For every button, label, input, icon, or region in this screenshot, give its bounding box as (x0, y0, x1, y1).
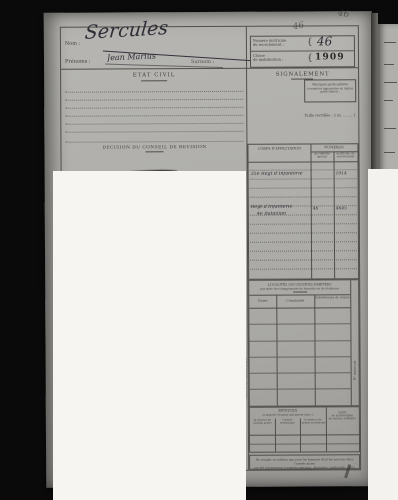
rule (250, 196, 357, 198)
classe-value: 1909 (315, 52, 345, 62)
matricule-value: 46 (317, 34, 332, 48)
rule (250, 259, 357, 261)
epoques-col-3: la réserve de l'armée territoriale (300, 419, 326, 425)
marie-line: Marié le (65, 133, 243, 143)
localites-header-rule (249, 307, 350, 309)
affectation-entry-corps: Régt d'Infanterie (251, 204, 310, 209)
etat-civil-rule (141, 80, 167, 81)
localites-rotated-label: N° matricule (352, 290, 358, 380)
etat-civil-title: ÉTAT CIVIL (61, 72, 247, 79)
print-fragment (384, 152, 395, 153)
masking-sheet-right (368, 169, 398, 500)
epoques-header-rule (250, 434, 359, 436)
epoques-vline-2 (300, 419, 301, 452)
scanned-register-photo: 46 Nom : Sercules Prénoms : Jean Marius … (0, 0, 398, 500)
numeros-sub1: au contrôle spécial (310, 152, 333, 162)
epoques-date-col: DATEde la libérationdu service militaire (326, 411, 359, 421)
pencil-corner-number: 46 (337, 9, 350, 20)
rule (250, 268, 357, 270)
signalement-row: Visage : ovale (250, 129, 303, 135)
epoques-vline-1 (275, 419, 276, 452)
taille-rectifiee-line: Taille rectifiée : 1 m. ........ 19.... (304, 113, 355, 120)
nom-label: Nom : (65, 41, 80, 47)
taille-line: Taille : 1 m. 66 c. (304, 105, 355, 112)
matricule-box: Numéro matriculedu recrutement : { 46 Cl… (250, 35, 355, 68)
rule (250, 223, 357, 225)
nom-value: Sercules (84, 17, 169, 44)
brace-1: { (307, 37, 313, 47)
decision-rule (145, 151, 163, 152)
corps-header-rule (249, 161, 311, 162)
prenoms-label: Prénoms : (65, 59, 91, 65)
pencil-number-above-box: 46 (292, 21, 305, 33)
matricule-label: Numéro matriculedu recrutement : (253, 38, 305, 46)
footnote-line-2: ont été interrompus (engagés spéciaux, d… (250, 465, 359, 470)
epoques-col-1: la réserve de l'armée active (250, 420, 275, 426)
row-line (250, 372, 351, 374)
affectation-table: CORPS D'AFFECTATION NUMÉROS au contrôle … (247, 143, 359, 280)
print-fragment (384, 100, 393, 101)
rule (250, 187, 357, 189)
etat-line: à Bilhac , canton de Valence (65, 123, 243, 133)
brace-2: { (307, 53, 313, 63)
row-line (249, 340, 350, 342)
epoques-row-line (250, 443, 359, 445)
marques-box: Marques particulières (cicatrices appare… (304, 79, 356, 102)
rule (250, 232, 357, 234)
rule (250, 241, 357, 243)
marques-subtitle: (cicatrices apparentes ou signes particu… (305, 86, 355, 95)
affectation-entry-number: 4645 (336, 206, 357, 211)
affectation-entry-number: 46 (313, 206, 333, 211)
row-line (249, 323, 350, 325)
numeros-sub2: matricule du recrutement (333, 152, 357, 162)
prenoms-value: Jean Marius (107, 51, 156, 62)
signalement-title: SIGNALEMENT (247, 71, 358, 78)
print-fragment (384, 82, 397, 83)
decision-title: DÉCISION DU CONSEIL DE RÉVISION (61, 145, 247, 151)
localites-col-dates: Dates (249, 299, 276, 303)
classe-label: Classede mobilisation : (253, 53, 305, 61)
epoques-table: ÉPOQUES (à laquelle l'homme doit passer … (249, 406, 360, 453)
footnote-box: Ne remplir ce tableau que pour les homme… (249, 454, 360, 470)
localites-col-communes: Communes (276, 298, 314, 302)
row-line (250, 356, 351, 358)
localites-table: LOCALITÉS SUCCESSIVES HABITÉES par suite… (248, 279, 360, 407)
localites-col-subdivisions: Subdivisions de région (314, 296, 350, 300)
localites-ornament (293, 291, 307, 292)
rule (250, 178, 357, 180)
header-divider (246, 27, 247, 68)
rule (250, 250, 357, 252)
corps-header: CORPS D'AFFECTATION (248, 146, 310, 150)
print-fragment (384, 128, 396, 129)
print-fragment (384, 64, 394, 65)
epoques-subtitle: (à laquelle l'homme doit passer dans :) (250, 413, 326, 416)
form-header: Nom : Sercules Prénoms : Jean Marius Sur… (61, 26, 358, 70)
surnom-label: Surnom : (191, 59, 214, 65)
epoques-vline-3 (326, 407, 327, 451)
affectation-entry-corps: 35e Régt d'Infanterie (251, 171, 310, 176)
epoques-col-2: l'armée territoriale (275, 420, 300, 426)
epoques-title: ÉPOQUES (250, 408, 326, 412)
affectation-entry-corps2: 4e Bataillon (257, 211, 310, 216)
masking-sheet-left (53, 171, 246, 500)
row-line (250, 388, 351, 390)
affectation-entry-number: 1914 (336, 171, 357, 176)
localites-subtitle: par suite des changements de domicile ou… (249, 286, 350, 291)
print-fragment (384, 42, 396, 43)
